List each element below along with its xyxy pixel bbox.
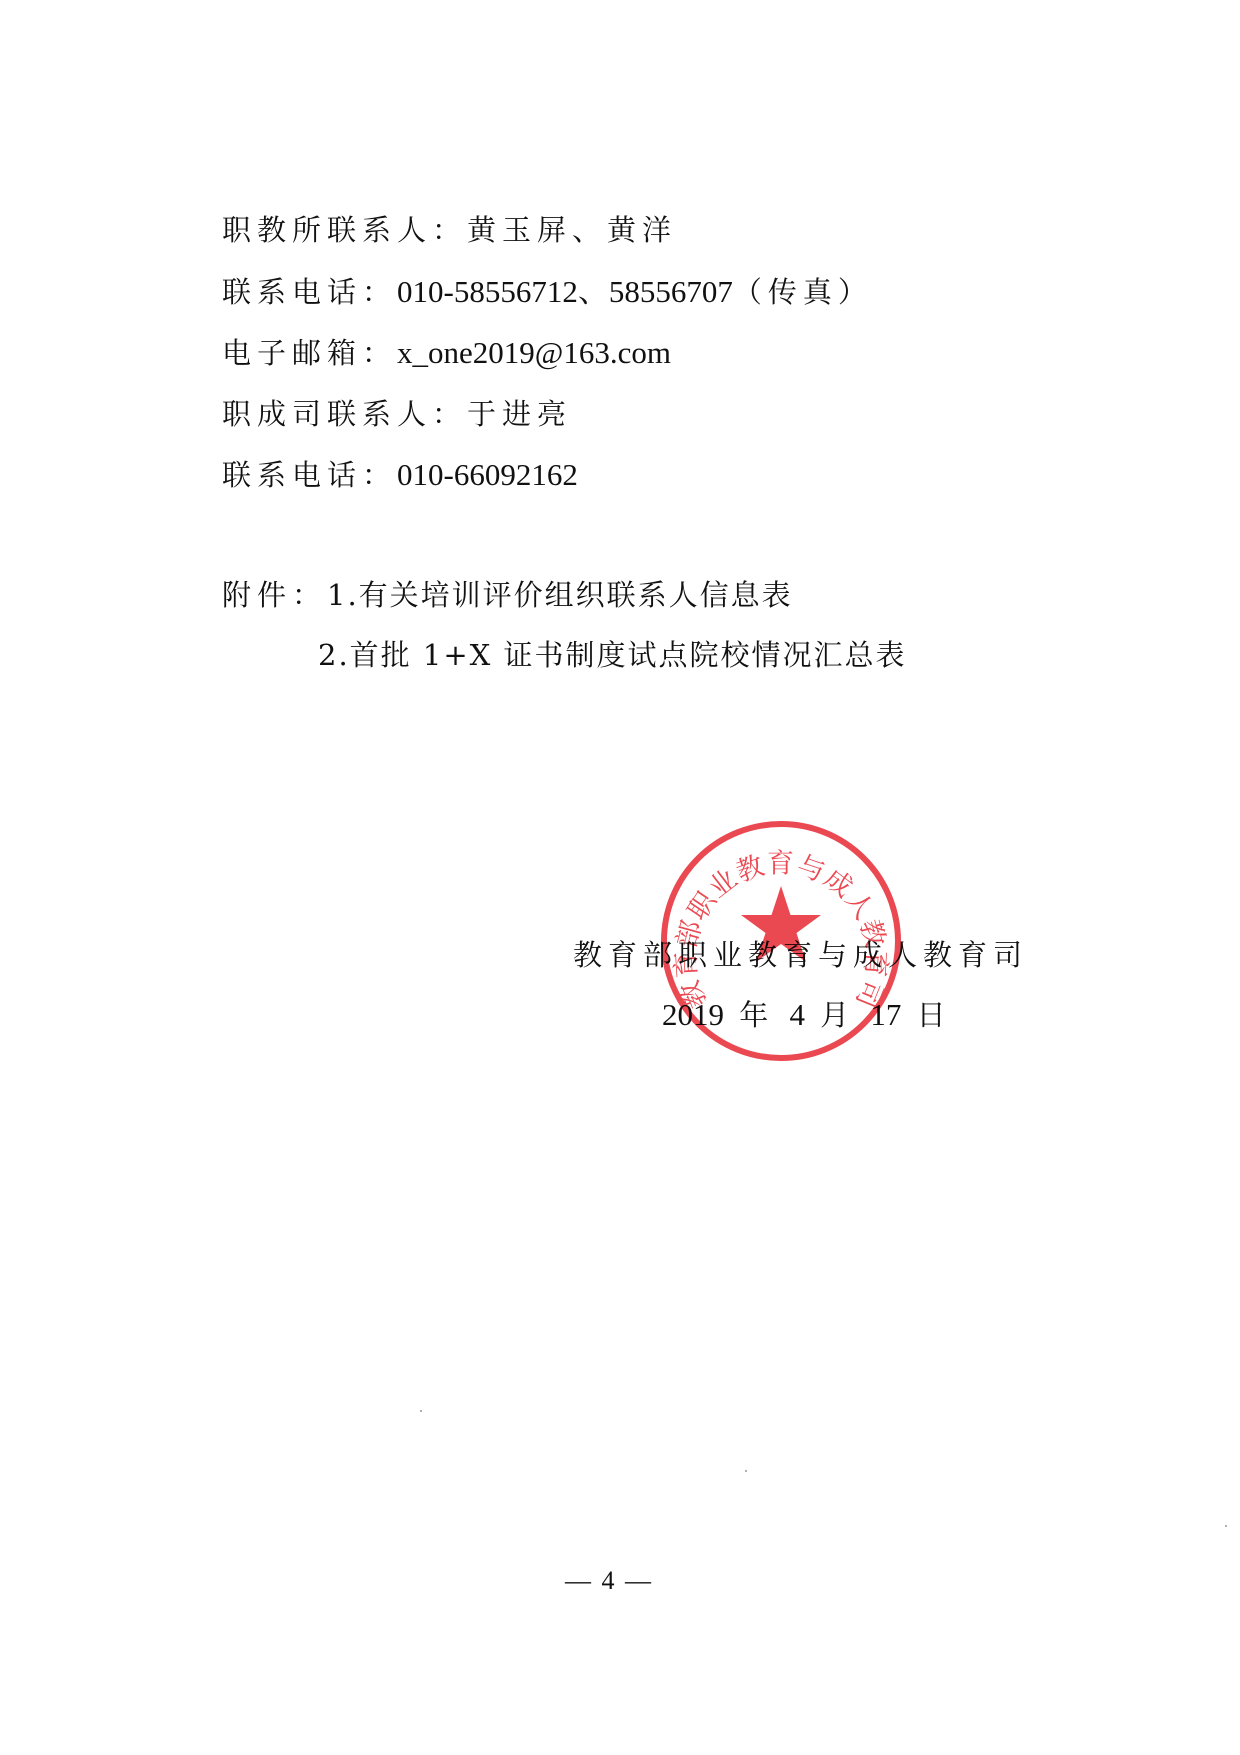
scan-speck (1225, 1525, 1227, 1527)
email-line: 电子邮箱：x_one2019@163.com (222, 333, 671, 373)
attachment-item-2: 2.首批 1+X 证书制度试点院校情况汇总表 (318, 635, 907, 675)
email-value[interactable]: x_one2019@163.com (397, 335, 671, 370)
star-icon (741, 886, 821, 962)
date-day-unit: 日 (917, 998, 952, 1032)
attachment-item-1: 附件：1.有关培训评价组织联系人信息表 (222, 575, 793, 615)
department-contact-label: 职成司联系人： (222, 397, 467, 431)
scan-speck (745, 1470, 747, 1472)
email-label: 电子邮箱： (222, 336, 397, 370)
institute-contact-value: 黄玉屏、黄洋 (467, 213, 677, 247)
institute-contact-line: 职教所联系人：黄玉屏、黄洋 (222, 210, 677, 250)
institute-phone-label: 联系电话： (222, 275, 397, 309)
scan-speck (420, 1410, 422, 1412)
attachment-2-text: 2.首批 1+X 证书制度试点院校情况汇总表 (318, 638, 907, 672)
official-seal-stamp: 教育部职业教育与成人教育司 (660, 820, 902, 1062)
attachment-1-text: 1.有关培训评价组织联系人信息表 (327, 578, 793, 612)
institute-contact-label: 职教所联系人： (222, 213, 467, 247)
institute-phone-suffix: （传真） (733, 275, 873, 309)
department-phone-value: 010-66092162 (397, 457, 578, 492)
attachments-label: 附件： (222, 578, 327, 612)
department-phone-line: 联系电话：010-66092162 (222, 455, 578, 495)
department-phone-label: 联系电话： (222, 458, 397, 492)
institute-phone-line: 联系电话：010-58556712、58556707（传真） (222, 272, 873, 312)
department-contact-line: 职成司联系人：于进亮 (222, 394, 572, 434)
department-contact-value: 于进亮 (467, 397, 572, 431)
institute-phone-value: 010-58556712、58556707 (397, 274, 733, 309)
page-number: — 4 — (0, 1566, 1218, 1596)
